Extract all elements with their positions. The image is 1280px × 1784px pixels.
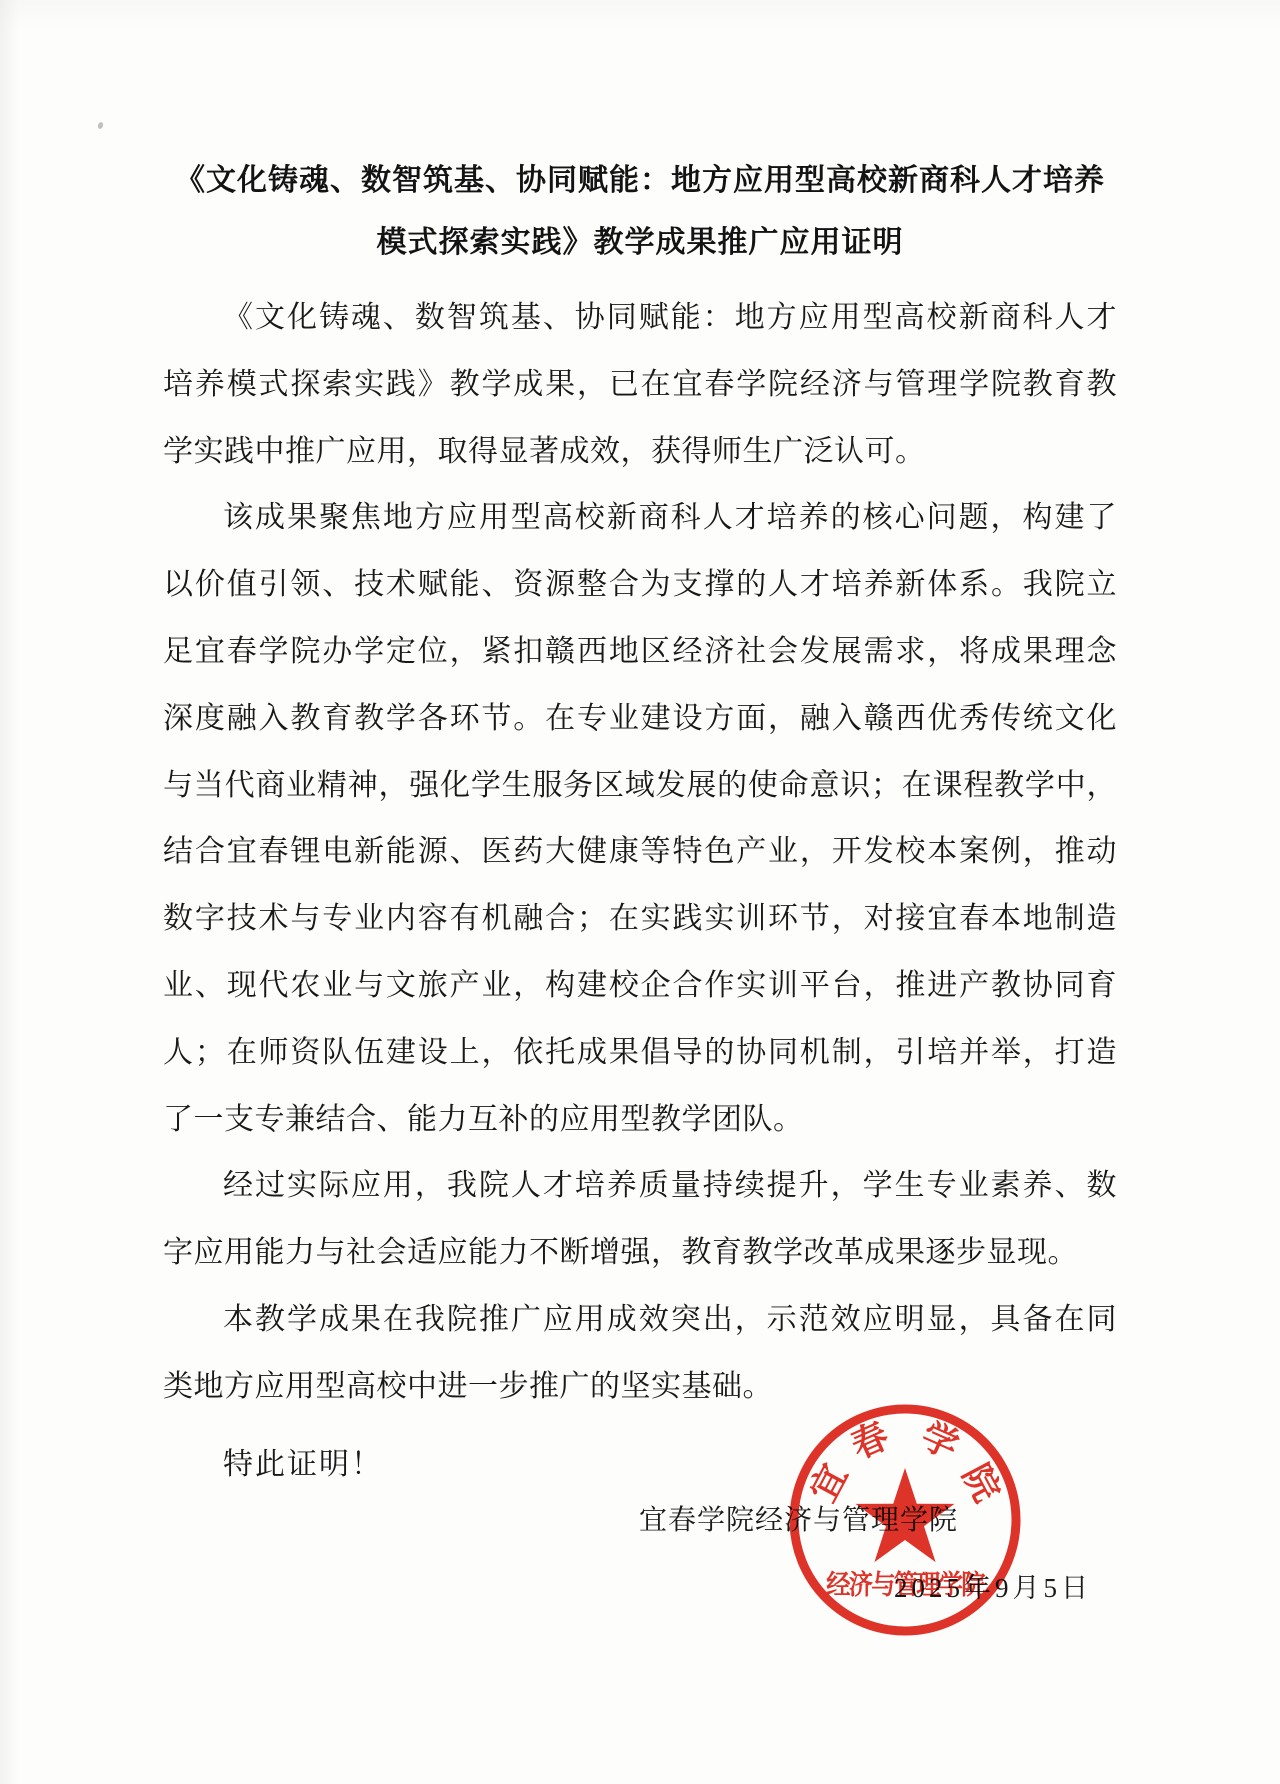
body-line: 本教学成果在我院推广应用成效突出，示范效应明显，具备在同 [163,1287,1117,1354]
body-line: 深度融入教育教学各环节。在专业建设方面，融入赣西优秀传统文化 [163,686,1117,753]
closing-statement: 特此证明！ [223,1448,383,1482]
body-line: 人；在师资队伍建设上，依托成果倡导的协同机制，引培并举，打造 [163,1020,1117,1087]
body-line: 《文化铸魂、数智筑基、协同赋能：地方应用型高校新商科人才 [163,285,1117,352]
scan-artifact-dot [97,121,104,129]
seal-star-icon [856,1468,955,1562]
body-line: 结合宜春锂电新能源、医药大健康等特色产业，开发校本案例，推动 [163,819,1117,886]
body-line: 学实践中推广应用，取得显著成效，获得师生广泛认可。 [163,419,1117,486]
body-line: 足宜春学院办学定位，紧扣赣西地区经济社会发展需求，将成果理念 [163,619,1117,686]
body-line: 培养模式探索实践》教学成果，已在宜春学院经济与管理学院教育教 [163,352,1117,419]
body-line: 业、现代农业与文旅产业，构建校企合作实训平台，推进产教协同育 [163,953,1117,1020]
document-title: 《文化铸魂、数智筑基、协同赋能：地方应用型高校新商科人才培养 模式探索实践》教学… [163,150,1117,274]
body-line: 与当代商业精神，强化学生服务区域发展的使命意识；在课程教学中， [163,753,1117,820]
certificate-document-page: 《文化铸魂、数智筑基、协同赋能：地方应用型高校新商科人才培养 模式探索实践》教学… [0,0,1280,1784]
seal-bottom-text: 经济与管理学院 [826,1569,986,1601]
body-line: 经过实际应用，我院人才培养质量持续提升，学生专业素养、数 [163,1153,1117,1220]
body-line: 以价值引领、技术赋能、资源整合为支撑的人才培养新体系。我院立 [163,552,1117,619]
title-line-1: 《文化铸魂、数智筑基、协同赋能：地方应用型高校新商科人才培养 [163,150,1117,212]
body-line: 该成果聚焦地方应用型高校新商科人才培养的核心问题，构建了 [163,485,1117,552]
official-seal: 宜 春 学 院 经济与管理学院 [775,1390,1035,1650]
body-line: 数字技术与专业内容有机融合；在实践实训环节，对接宜春本地制造 [163,886,1117,953]
body-line: 字应用能力与社会适应能力不断增强，教育教学改革成果逐步显现。 [163,1220,1117,1287]
body-line: 了一支专兼结合、能力互补的应用型教学团队。 [163,1087,1117,1154]
document-body: 《文化铸魂、数智筑基、协同赋能：地方应用型高校新商科人才 培养模式探索实践》教学… [163,285,1117,1421]
title-line-2: 模式探索实践》教学成果推广应用证明 [163,212,1117,274]
